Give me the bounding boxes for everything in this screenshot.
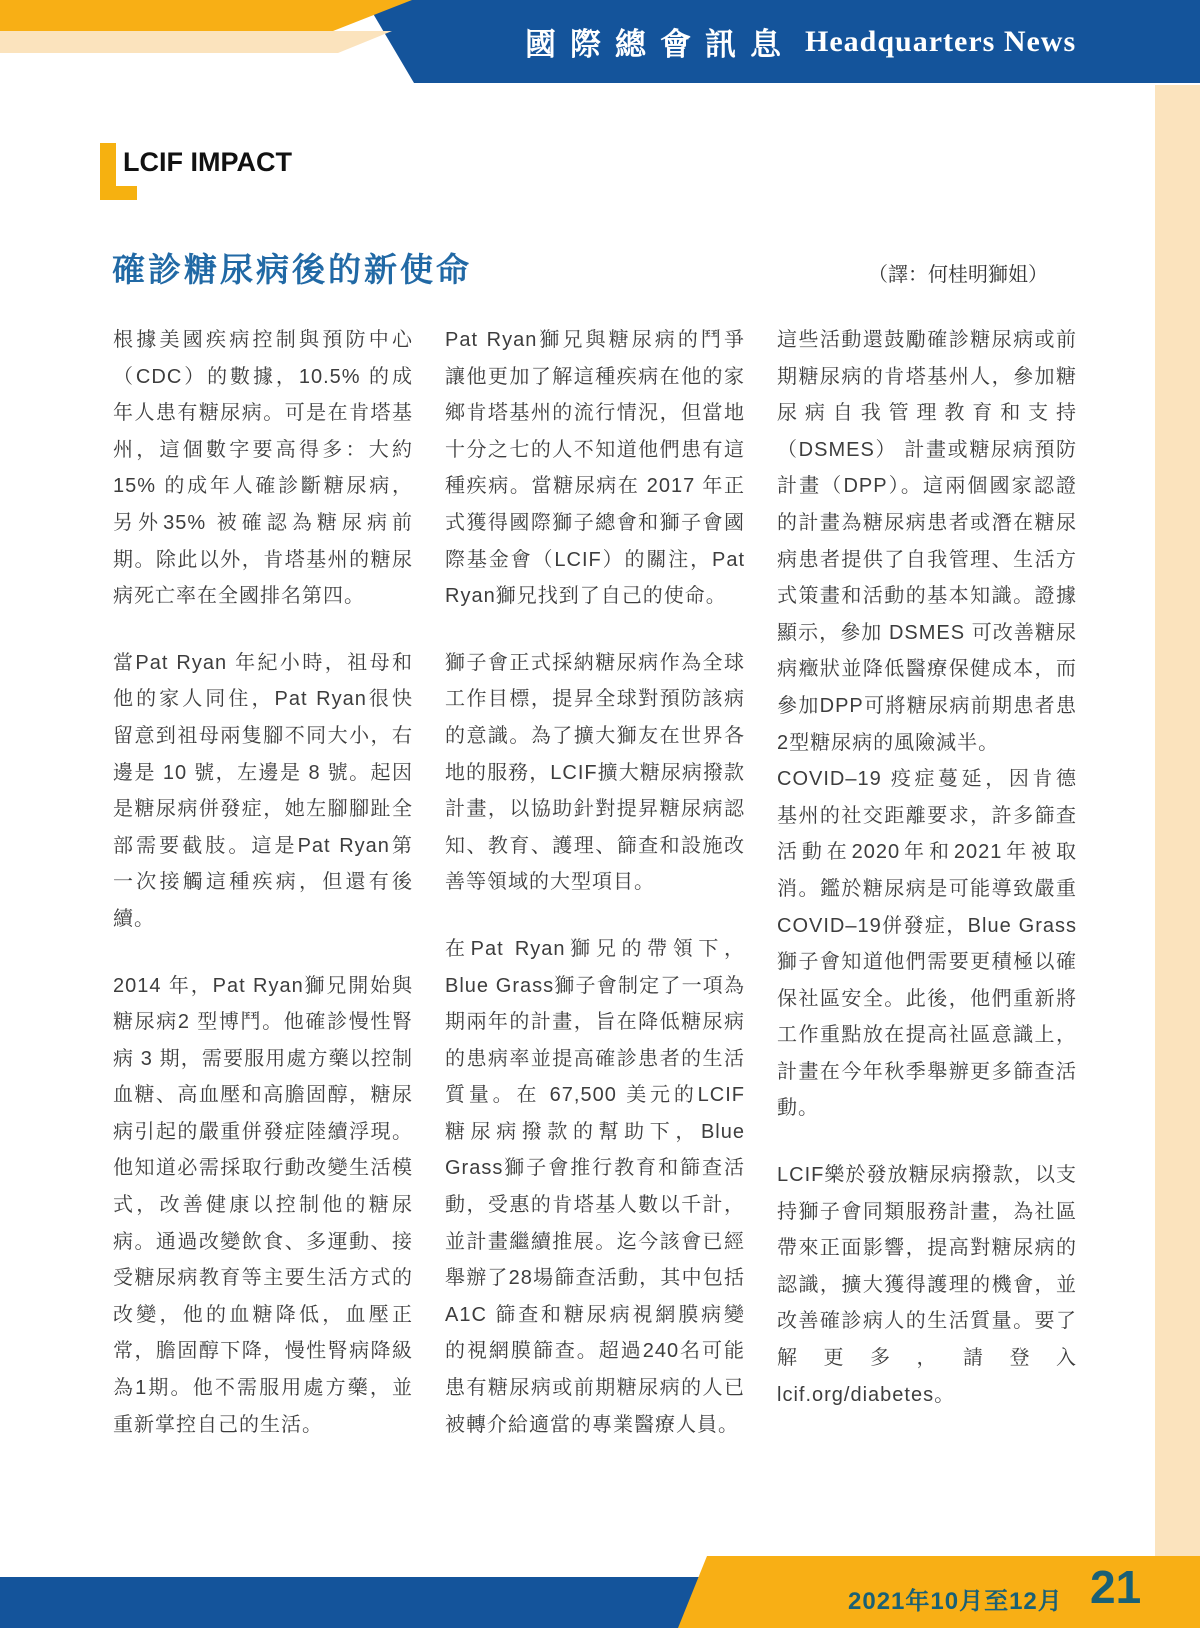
footer-date-range: 2021年10月至12月 <box>848 1581 1063 1616</box>
page-number: 21 <box>1090 1560 1141 1614</box>
banner-title-zh: 國際總會訊息 <box>525 19 795 64</box>
header-banner-title: 國際總會訊息 Headquarters News <box>525 0 1076 83</box>
header-pale-band <box>0 31 400 53</box>
article-paragraph: 當Pat Ryan 年紀小時，祖母和他的家人同住，Pat Ryan很快留意到祖母… <box>113 645 413 938</box>
magazine-page: 國際總會訊息 Headquarters News LCIF IMPACT 確診糖… <box>0 0 1200 1628</box>
section-heading: LCIF IMPACT <box>123 147 292 178</box>
article-column-3: 這些活動還鼓勵確診糖尿病或前期糖尿病的肯塔基州人，參加糖尿病自我管理教育和支持（… <box>777 322 1077 1443</box>
article-paragraph: COVID–19 疫症蔓延，因肯德基州的社交距離要求，許多篩查活動在2020年和… <box>777 761 1077 1127</box>
translator-credit: （譯：何桂明獅姐） <box>868 258 1048 287</box>
article-paragraph: 2014 年，Pat Ryan獅兄開始與糖尿病2 型博鬥。他確診慢性腎病 3 期… <box>113 968 413 1444</box>
article-paragraph: 獅子會正式採納糖尿病作為全球工作目標，提昇全球對預防該病的意識。為了擴大獅友在世… <box>445 645 745 901</box>
article-paragraph: 根據美國疾病控制與預防中心（CDC）的數據，10.5% 的成年人患有糖尿病。可是… <box>113 322 413 615</box>
article-column-1: 根據美國疾病控制與預防中心（CDC）的數據，10.5% 的成年人患有糖尿病。可是… <box>113 322 413 1473</box>
right-edge-pale-strip <box>1155 85 1200 1556</box>
article-paragraph: Pat Ryan獅兄與糖尿病的鬥爭讓他更加了解這種疾病在他的家鄉肯塔基州的流行情… <box>445 322 745 615</box>
article-column-2: Pat Ryan獅兄與糖尿病的鬥爭讓他更加了解這種疾病在他的家鄉肯塔基州的流行情… <box>445 322 745 1473</box>
banner-title-en: Headquarters News <box>805 25 1076 59</box>
article-paragraph: LCIF樂於發放糖尿病撥款，以支持獅子會同類服務計畫，為社區帶來正面影響，提高對… <box>777 1157 1077 1413</box>
article-paragraph: 在Pat Ryan獅兄的帶領下，Blue Grass獅子會制定了一項為期兩年的計… <box>445 931 745 1443</box>
article-paragraph: 這些活動還鼓勵確診糖尿病或前期糖尿病的肯塔基州人，參加糖尿病自我管理教育和支持（… <box>777 322 1077 761</box>
article-title: 確診糖尿病後的新使命 <box>112 244 472 291</box>
